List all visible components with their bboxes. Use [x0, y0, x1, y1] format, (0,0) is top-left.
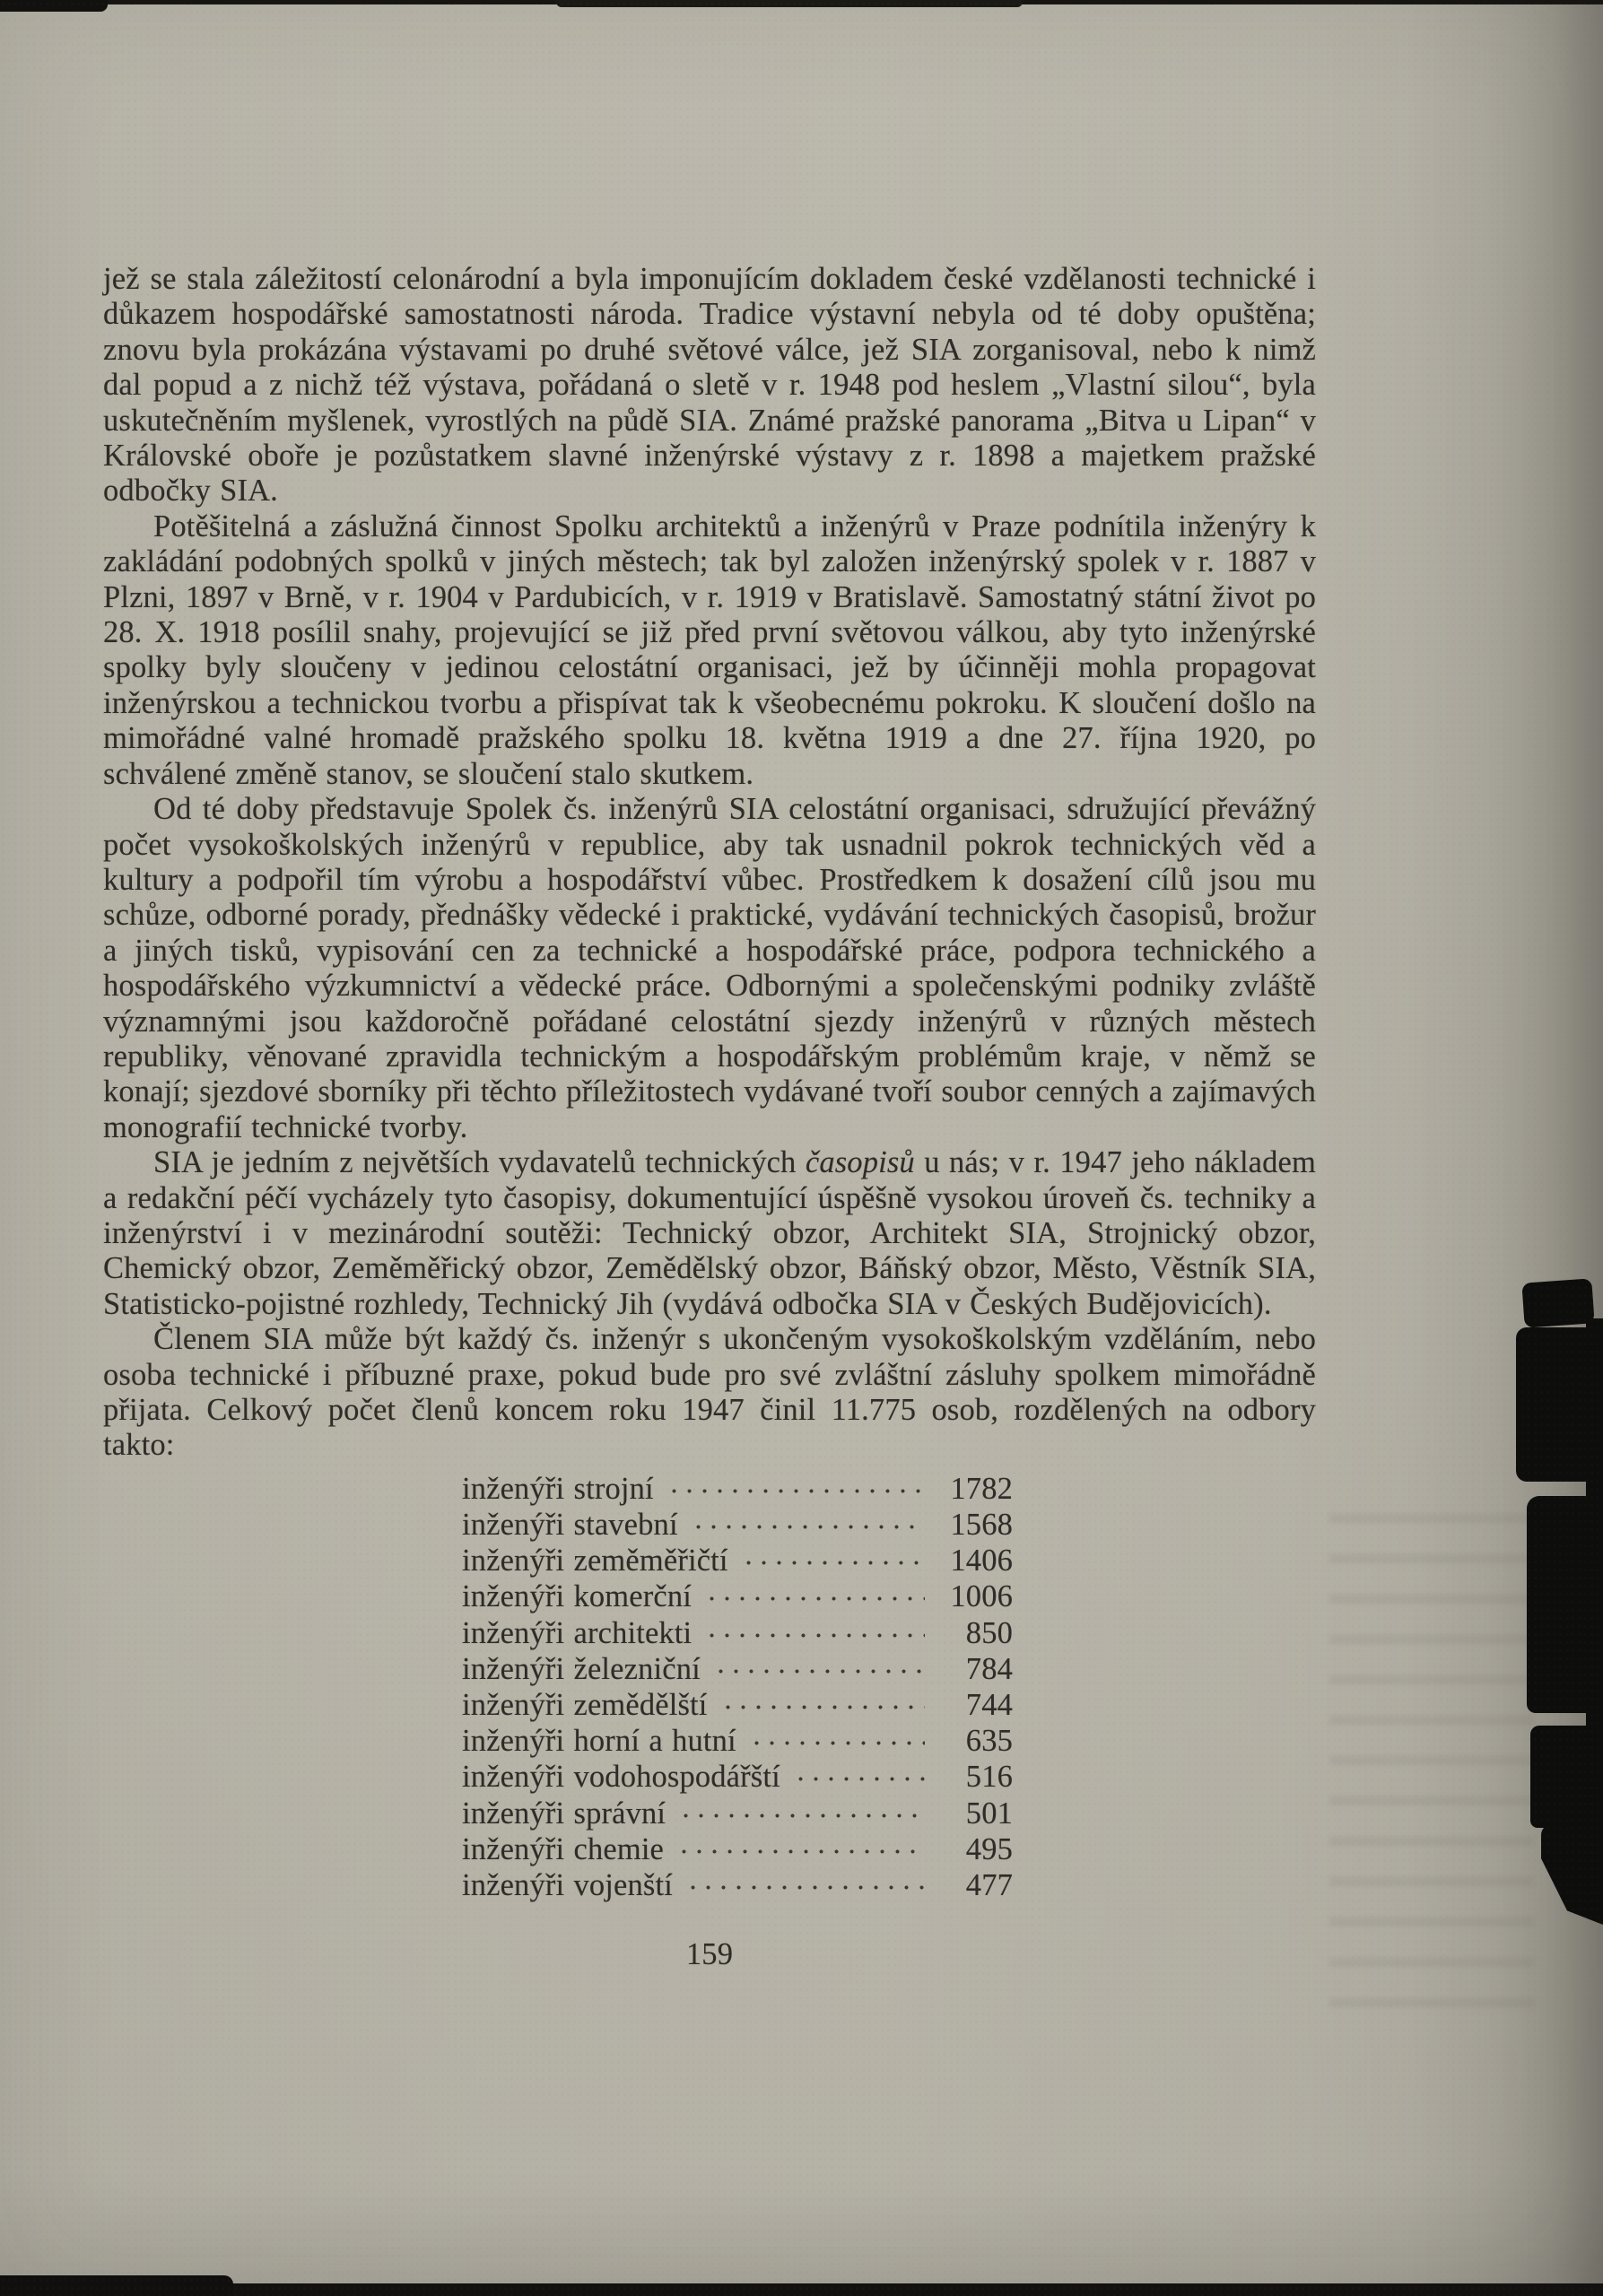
member-count-value: 784 [930, 1651, 1013, 1687]
member-count-value: 477 [930, 1867, 1013, 1903]
list-item: inženýři železniční784 [462, 1651, 1013, 1687]
member-category-label: inženýři strojní [462, 1471, 658, 1507]
paragraph-text: Od té doby představuje Spolek čs. inžený… [103, 792, 1316, 1144]
member-category-label: inženýři zemědělští [462, 1687, 711, 1723]
member-category-label: inženýři architekti [462, 1615, 695, 1651]
paragraph-text: Potěšitelná a záslužná činnost Spolku ar… [103, 509, 1316, 791]
scan-edge-bottom [0, 2283, 1603, 2296]
member-count-value: 744 [930, 1687, 1013, 1723]
member-category-label: inženýři stavební [462, 1507, 682, 1543]
page-number: 159 [103, 1937, 1316, 1972]
list-item: inženýři vojenští477 [462, 1867, 1013, 1903]
member-count-value: 635 [930, 1723, 1013, 1759]
page-curve-shadow [1406, 0, 1603, 2296]
member-category-label: inženýři horní a hutní [462, 1723, 740, 1759]
list-item: inženýři zemědělští744 [462, 1687, 1013, 1723]
body-text-column: jež se stala záležitostí celonárodní a b… [103, 262, 1316, 1972]
member-count-table: inženýři strojní1782inženýři stavební156… [462, 1471, 1013, 1903]
bottom-shade [0, 2170, 1603, 2296]
list-item: inženýři zeměměřičtí1406 [462, 1543, 1013, 1578]
member-count-value: 501 [930, 1796, 1013, 1831]
binding-clip-segment [1521, 1278, 1594, 1327]
list-item: inženýři stavební1568 [462, 1507, 1013, 1543]
scan-edge-top-left [0, 0, 108, 12]
list-item: inženýři architekti850 [462, 1615, 1013, 1651]
member-category-label: inženýři železniční [462, 1651, 704, 1687]
list-item: inženýři vodohospodářští516 [462, 1759, 1013, 1795]
list-item: inženýři chemie495 [462, 1831, 1013, 1867]
paragraph-sia-organisation: Od té doby představuje Spolek čs. inžený… [103, 792, 1316, 1145]
paragraph-text: Členem SIA může být každý čs. inženýr s … [103, 1322, 1316, 1462]
member-count-value: 516 [930, 1759, 1013, 1795]
binding-clip-segment [1527, 1496, 1603, 1713]
member-category-label: inženýři správní [462, 1796, 669, 1831]
member-count-value: 1568 [930, 1507, 1013, 1543]
paragraph-text: SIA je jedním z největších vydavatelů te… [153, 1145, 806, 1179]
member-category-label: inženýři vojenští [462, 1867, 676, 1903]
member-category-label: inženýři vodohospodářští [462, 1759, 784, 1795]
paragraph-membership: Členem SIA může být každý čs. inženýr s … [103, 1322, 1316, 1464]
paragraph-spolky-history: Potěšitelná a záslužná činnost Spolku ar… [103, 509, 1316, 792]
member-count-value: 1782 [930, 1471, 1013, 1507]
binding-clip-segment [1516, 1327, 1603, 1482]
list-item: inženýři komerční1006 [462, 1578, 1013, 1614]
list-item: inženýři horní a hutní635 [462, 1723, 1013, 1759]
paragraph-text-italic: časopisů [806, 1145, 915, 1179]
list-item: inženýři správní501 [462, 1796, 1013, 1831]
member-count-value: 1006 [930, 1578, 1013, 1614]
member-category-label: inženýři zeměměřičtí [462, 1543, 732, 1578]
member-count-value: 850 [930, 1615, 1013, 1651]
paragraph-continuation: jež se stala záležitostí celonárodní a b… [103, 262, 1316, 509]
member-count-value: 495 [930, 1831, 1013, 1867]
binding-clip-segment [1530, 1726, 1603, 1828]
scan-edge-top-mid [556, 0, 1023, 7]
list-item: inženýři strojní1782 [462, 1471, 1013, 1507]
paragraph-sia-journals: SIA je jedním z největších vydavatelů te… [103, 1145, 1316, 1322]
member-category-label: inženýři chemie [462, 1831, 667, 1867]
paragraph-text: jež se stala záležitostí celonárodní a b… [103, 262, 1316, 508]
member-count-value: 1406 [930, 1543, 1013, 1578]
member-category-label: inženýři komerční [462, 1578, 695, 1614]
scan-edge-bottom-left [0, 2275, 233, 2296]
